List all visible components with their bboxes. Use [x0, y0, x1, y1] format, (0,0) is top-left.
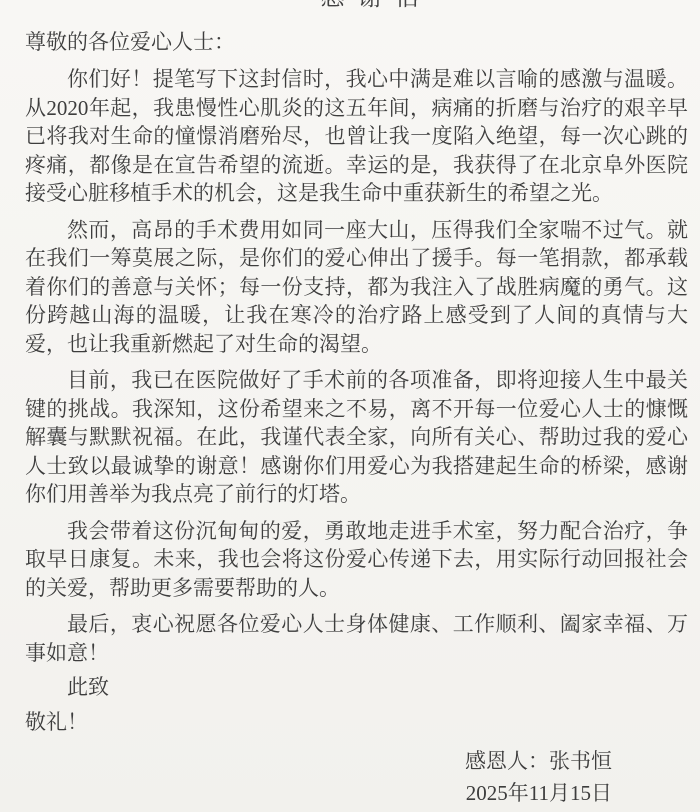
- letter-paragraph: 目前，我已在医院做好了手术前的各项准备，即将迎接人生中最关键的挑战。我深知，这份…: [25, 366, 688, 509]
- signature-date: 2025年11月15日: [25, 778, 612, 808]
- signature-block: 感恩人：张书恒 2025年11月15日: [25, 746, 688, 808]
- closing-cizhi: 此致: [25, 673, 688, 702]
- thank-you-letter: 感谢信 尊敬的各位爱心人士： 你们好！提笔写下这封信时，我心中满是难以言喻的感激…: [0, 0, 700, 808]
- signer-name: 感恩人：张书恒: [25, 746, 612, 776]
- letter-photo: { "document": { "title": "感谢信", "salutat…: [0, 0, 700, 812]
- letter-paragraph: 然而，高昂的手术费用如同一座大山，压得我们全家喘不过气。就在我们一筹莫展之际，是…: [25, 216, 688, 359]
- letter-title: 感谢信: [45, 0, 700, 11]
- letter-paragraph: 最后，衷心祝愿各位爱心人士身体健康、工作顺利、阖家幸福、万事如意！: [25, 610, 688, 667]
- letter-paragraph: 我会带着这份沉甸甸的爱，勇敢地走进手术室，努力配合治疗，争取早日康复。未来，我也…: [25, 517, 688, 603]
- salutation: 尊敬的各位爱心人士：: [25, 28, 688, 57]
- letter-paragraph: 你们好！提笔写下这封信时，我心中满是难以言喻的感激与温暖。从2020年起，我患慢…: [25, 65, 688, 208]
- closing-jingli: 敬礼！: [25, 708, 688, 737]
